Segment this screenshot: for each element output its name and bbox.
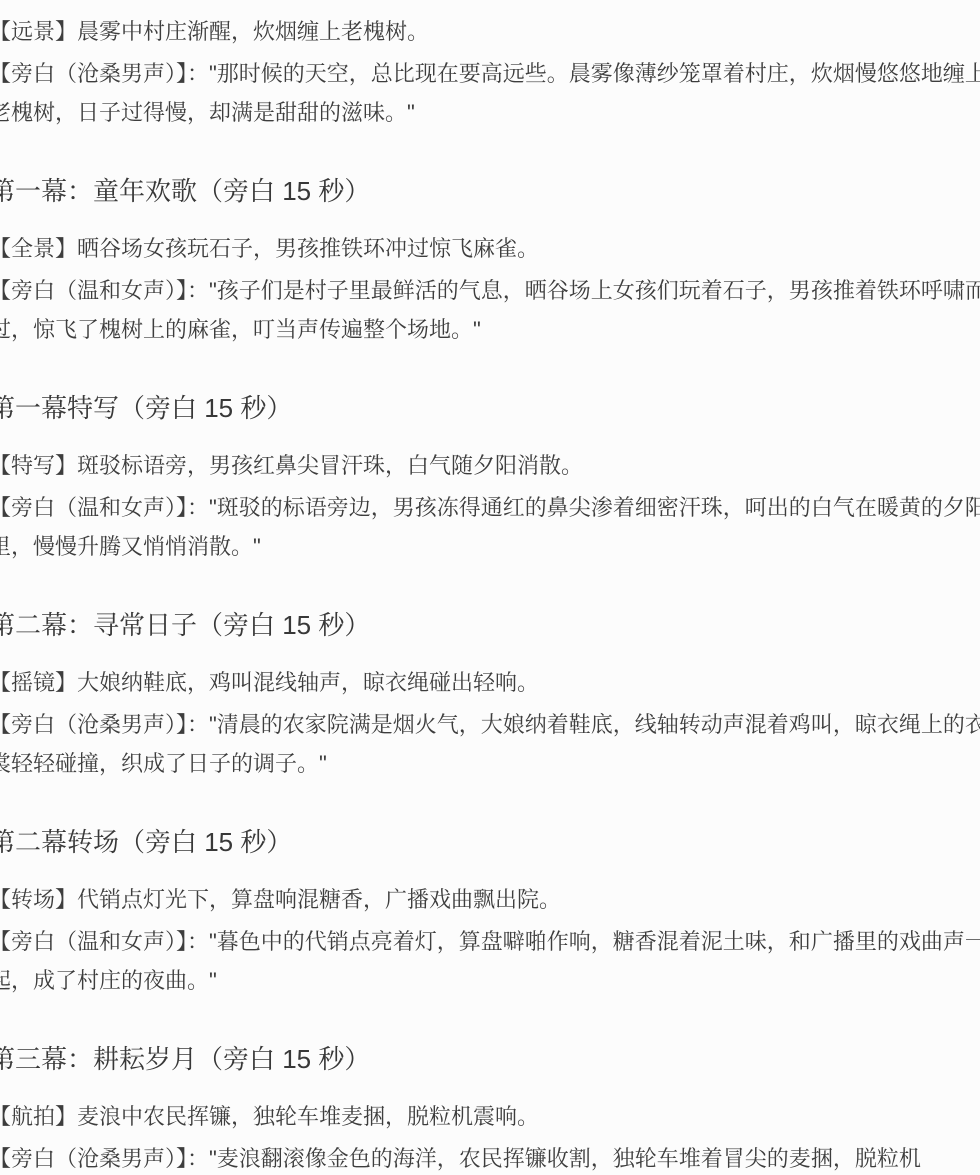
narration-line: 【旁白（沧桑男声）】："清晨的农家院满是烟火气，大娘纳着鞋底，线轴转动声混着鸡叫… bbox=[0, 705, 980, 783]
scene-section-5: 第三幕：耕耘岁月（旁白 15 秒） 【航拍】麦浪中农民挥镰，独轮车堆麦捆，脱粒机… bbox=[0, 1040, 980, 1175]
narration-line: 【旁白（温和女声）】："暮色中的代销点亮着灯，算盘噼啪作响，糖香混着泥土味，和广… bbox=[0, 922, 980, 1000]
narration-line: 【旁白（温和女声）】："斑驳的标语旁边，男孩冻得通红的鼻尖渗着细密汗珠，呵出的白… bbox=[0, 488, 980, 566]
narration-line: 【旁白（温和女声）】："孩子们是村子里最鲜活的气息，晒谷场上女孩们玩着石子，男孩… bbox=[0, 271, 980, 349]
scene-heading: 第三幕：耕耘岁月（旁白 15 秒） bbox=[0, 1040, 980, 1078]
scene-section-3: 第二幕：寻常日子（旁白 15 秒） 【摇镜】大娘纳鞋底，鸡叫混线轴声，晾衣绳碰出… bbox=[0, 606, 980, 783]
document-body: 【远景】晨雾中村庄渐醒，炊烟缠上老槐树。 【旁白（沧桑男声）】："那时候的天空，… bbox=[0, 0, 980, 1175]
scene-heading: 第一幕特写（旁白 15 秒） bbox=[0, 389, 980, 427]
narration-line: 【旁白（沧桑男声）】："那时候的天空，总比现在要高远些。晨雾像薄纱笼罩着村庄，炊… bbox=[0, 54, 980, 132]
shot-line: 【航拍】麦浪中农民挥镰，独轮车堆麦捆，脱粒机震响。 bbox=[0, 1097, 980, 1136]
scene-section-1: 第一幕：童年欢歌（旁白 15 秒） 【全景】晒谷场女孩玩石子，男孩推铁环冲过惊飞… bbox=[0, 172, 980, 349]
scene-heading: 第一幕：童年欢歌（旁白 15 秒） bbox=[0, 172, 980, 210]
shot-line: 【远景】晨雾中村庄渐醒，炊烟缠上老槐树。 bbox=[0, 12, 980, 51]
scene-heading: 第二幕：寻常日子（旁白 15 秒） bbox=[0, 606, 980, 644]
scene-heading: 第二幕转场（旁白 15 秒） bbox=[0, 823, 980, 861]
intro-section: 【远景】晨雾中村庄渐醒，炊烟缠上老槐树。 【旁白（沧桑男声）】："那时候的天空，… bbox=[0, 12, 980, 132]
scene-section-2: 第一幕特写（旁白 15 秒） 【特写】斑驳标语旁，男孩红鼻尖冒汗珠，白气随夕阳消… bbox=[0, 389, 980, 566]
shot-line: 【全景】晒谷场女孩玩石子，男孩推铁环冲过惊飞麻雀。 bbox=[0, 229, 980, 268]
shot-line: 【转场】代销点灯光下，算盘响混糖香，广播戏曲飘出院。 bbox=[0, 880, 980, 919]
shot-line: 【特写】斑驳标语旁，男孩红鼻尖冒汗珠，白气随夕阳消散。 bbox=[0, 446, 980, 485]
narration-line: 【旁白（沧桑男声）】："麦浪翻滚像金色的海洋，农民挥镰收割，独轮车堆着冒尖的麦捆… bbox=[0, 1139, 980, 1175]
scene-section-4: 第二幕转场（旁白 15 秒） 【转场】代销点灯光下，算盘响混糖香，广播戏曲飘出院… bbox=[0, 823, 980, 1000]
shot-line: 【摇镜】大娘纳鞋底，鸡叫混线轴声，晾衣绳碰出轻响。 bbox=[0, 663, 980, 702]
